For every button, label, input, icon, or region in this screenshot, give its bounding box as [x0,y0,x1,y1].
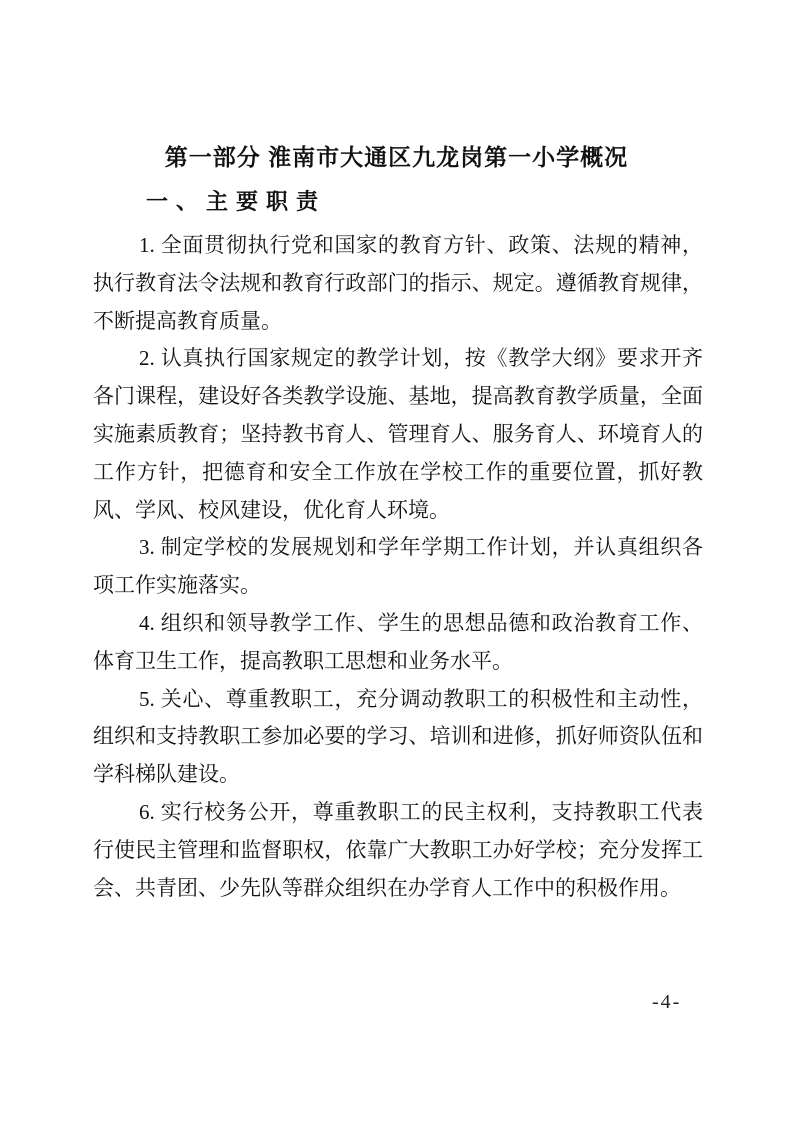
document-page: 第一部分 淮南市大通区九龙岗第一小学概况 一、主要职责 1. 全面贯彻执行党和国… [0,0,793,1122]
document-body: 1. 全面贯彻执行党和国家的教育方针、政策、法规的精神，执行教育法令法规和教育行… [93,227,703,907]
section-heading-main-duties: 一、主要职责 [146,187,326,217]
duty-paragraph-5: 5. 关心、尊重教职工，充分调动教职工的积极性和主动性，组织和支持教职工参加必要… [93,681,703,794]
duty-paragraph-2: 2. 认真执行国家规定的教学计划，按《教学大纲》要求开齐各门课程，建设好各类教学… [93,340,703,529]
duty-paragraph-4: 4. 组织和领导教学工作、学生的思想品德和政治教育工作、体育卫生工作，提高教职工… [93,605,703,681]
duty-paragraph-6: 6. 实行校务公开，尊重教职工的民主权利，支持教职工代表行使民主管理和监督职权，… [93,794,703,907]
page-number: -4- [652,991,681,1014]
duty-paragraph-3: 3. 制定学校的发展规划和学年学期工作计划，并认真组织各项工作实施落实。 [93,529,703,605]
duty-paragraph-1: 1. 全面贯彻执行党和国家的教育方针、政策、法规的精神，执行教育法令法规和教育行… [93,227,703,340]
document-title: 第一部分 淮南市大通区九龙岗第一小学概况 [0,142,793,172]
